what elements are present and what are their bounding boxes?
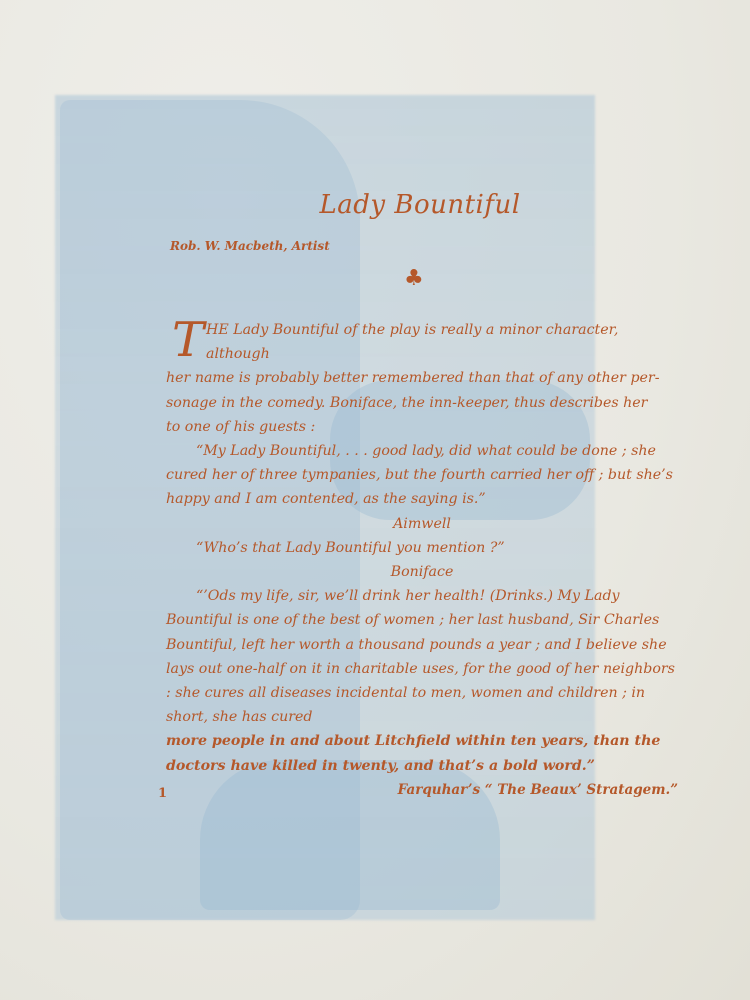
intro-line: to one of his guests : [166,415,678,439]
intro-line: sonage in the comedy. Boniface, the inn-… [166,395,647,411]
page-marker: 1 [158,786,167,801]
club-ornament-icon: ♣ [404,266,424,291]
drop-cap: T [172,320,204,360]
page-title: Lady Bountiful [0,190,750,220]
artist-credit: Rob. W. Macbeth, Artist [170,239,330,253]
speaker-boniface: Boniface [166,560,678,584]
quote-boniface: “’Ods my life, sir, we’ll drink her heal… [166,584,678,729]
intro-line: HE Lady Bountiful of the play is really … [206,322,618,362]
body-text: T HE Lady Bountiful of the play is reall… [166,318,678,802]
quote-bountiful: “My Lady Bountiful, . . . good lady, did… [166,439,678,512]
speaker-aimwell: Aimwell [166,512,678,536]
intro-line: her name is probably better remembered t… [166,370,660,386]
quote-aimwell: “Who’s that Lady Bountiful you mention ?… [166,536,678,560]
intro-paragraph: T HE Lady Bountiful of the play is reall… [166,318,678,415]
source-attribution: Farquhar’s “ The Beaux’ Stratagem.” [166,778,678,802]
quote-boniface-end: more people in and about Litchfield with… [166,729,678,777]
